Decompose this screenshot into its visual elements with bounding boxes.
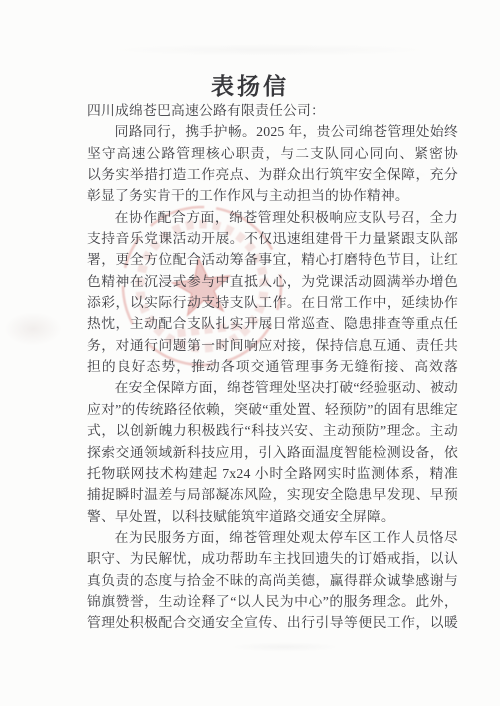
scan-smudge — [4, 312, 62, 346]
text-line: 真负责的态度与拾金不昧的高尚美德，赢得群众诚挚感谢与 — [87, 570, 458, 591]
text-line: 管理处积极配合交通安全宣传、出行引导等便民工作，以暖 — [87, 612, 458, 633]
text-line: 托物联网技术构建起 7x24 小时全路网实时监测体系，精准 — [87, 463, 458, 484]
text-line: 在安全保障方面，绵苍管理处坚决打破“经验驱动、被动 — [87, 377, 458, 398]
text-line: 警、早处置，以科技赋能筑牢道路交通安全屏障。 — [87, 506, 458, 527]
text-line: 在为民服务方面，绵苍管理处观太停车区工作人员恪尽 — [87, 527, 458, 548]
scan-smudge — [110, 44, 430, 56]
text-line: 职守、为民解忧，成功帮助车主找回遗失的订婚戒指，以认 — [87, 548, 458, 569]
text-line: 署，更全方位配合活动筹备事宜，精心打磨特色节目，让红 — [87, 249, 458, 270]
text-line: 在协作配合方面，绵苍管理处积极响应支队号召，全力 — [87, 207, 458, 228]
text-line: 色精神在沉浸式参与中直抵人心，为党课活动圆满举办增色 — [87, 271, 458, 292]
salutation-line: 四川成绵苍巴高速公路有限责任公司： — [87, 100, 458, 121]
text-line: 热忱，主动配合支队扎实开展日常巡查、隐患排查等重点任 — [87, 313, 458, 334]
text-line: 捕捉瞬时温差与局部凝冻风险，实现安全隐患早发现、早预 — [87, 484, 458, 505]
text-line: 添彩，以实际行动支持支队工作。在日常工作中，延续协作 — [87, 292, 458, 313]
text-line: 支持音乐党课活动开展。不仅迅速组建骨干力量紧跟支队部 — [87, 228, 458, 249]
text-line: 应对”的传统路径依赖，突破“重处置、轻预防”的固有思维定 — [87, 399, 458, 420]
text-line: 担的良好态势，推动各项交通管理事务无缝衔接、高效落地。 — [87, 356, 458, 377]
text-line: 彰显了务实肯干的工作作风与主动担当的协作精神。 — [87, 185, 458, 206]
text-line: 同路同行，携手护畅。2025 年，贵公司绵苍管理处始终 — [87, 121, 458, 142]
scan-smudge — [230, 642, 340, 652]
text-line: 以务实举措打造工作亮点、为群众出行筑牢安全保障，充分 — [87, 164, 458, 185]
text-line: 锦旗赞誉，生动诠释了“以人民为中心”的服务理念。此外， — [87, 591, 458, 612]
text-line: 坚守高速公路管理核心职责，与二支队同心同向、紧密协作， — [87, 143, 458, 164]
text-line: 式，以创新魄力积极践行“科技兴安、主动预防”理念。主动 — [87, 420, 458, 441]
letter-page: 表扬信 四川成绵苍巴高速公路有限责任公司： 同路同行，携手护畅。2025 年，贵… — [0, 0, 500, 706]
letter-body: 四川成绵苍巴高速公路有限责任公司： 同路同行，携手护畅。2025 年，贵公司绵苍… — [87, 100, 458, 634]
text-line: 务，对通行问题第一时间响应对接，保持信息互通、责任共 — [87, 335, 458, 356]
letter-title: 表扬信 — [0, 68, 500, 101]
text-line: 探索交通领域新科技应用，引入路面温度智能检测设备，依 — [87, 442, 458, 463]
